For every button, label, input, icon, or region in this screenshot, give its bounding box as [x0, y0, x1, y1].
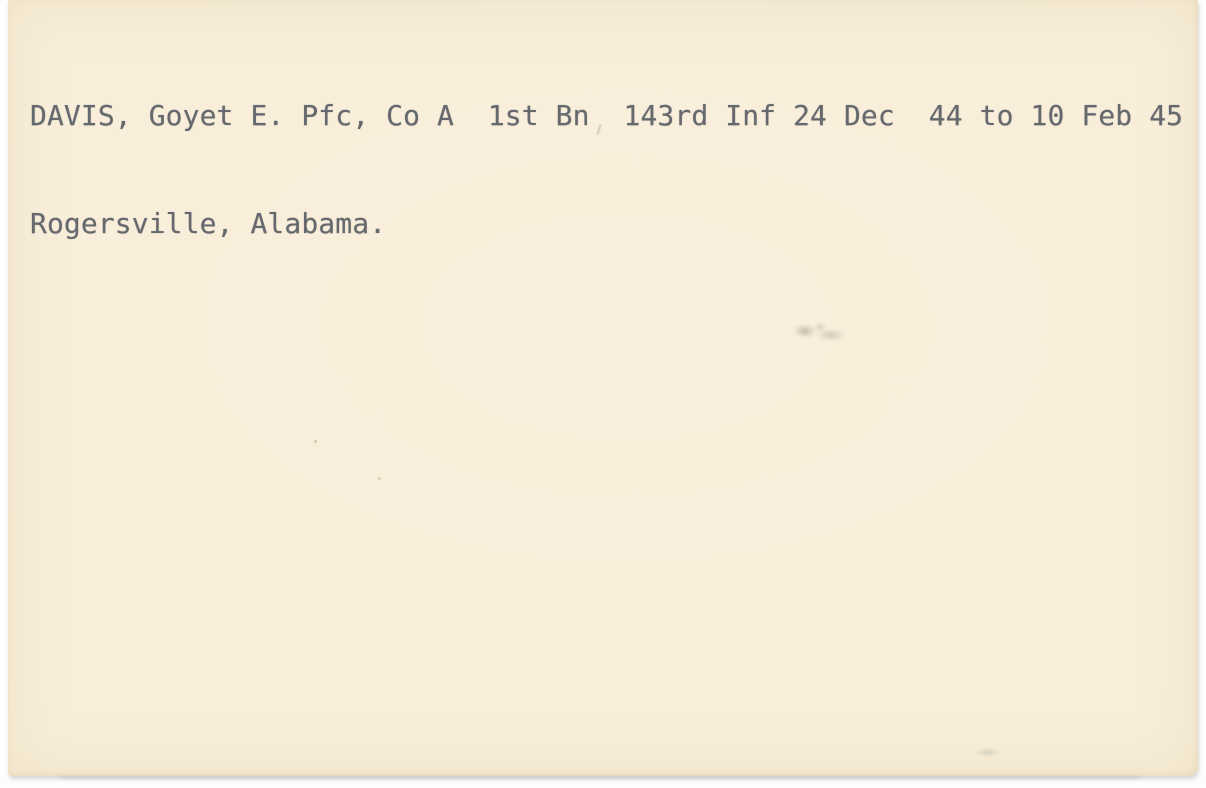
typed-line-2: Rogersville, Alabama. [30, 206, 1183, 242]
typed-text-block: DAVIS, Goyet E. Pfc, Co A 1st Bn 143rd I… [30, 26, 1183, 314]
smudge-mark [787, 317, 855, 347]
bottom-edge-smudge [975, 748, 1001, 757]
card-shadow [60, 776, 1140, 780]
typed-line-1: DAVIS, Goyet E. Pfc, Co A 1st Bn 143rd I… [30, 98, 1183, 134]
paper-speck [314, 440, 317, 443]
scan-background: DAVIS, Goyet E. Pfc, Co A 1st Bn 143rd I… [0, 0, 1206, 788]
paper-speck [378, 477, 381, 480]
index-card: DAVIS, Goyet E. Pfc, Co A 1st Bn 143rd I… [8, 0, 1198, 776]
